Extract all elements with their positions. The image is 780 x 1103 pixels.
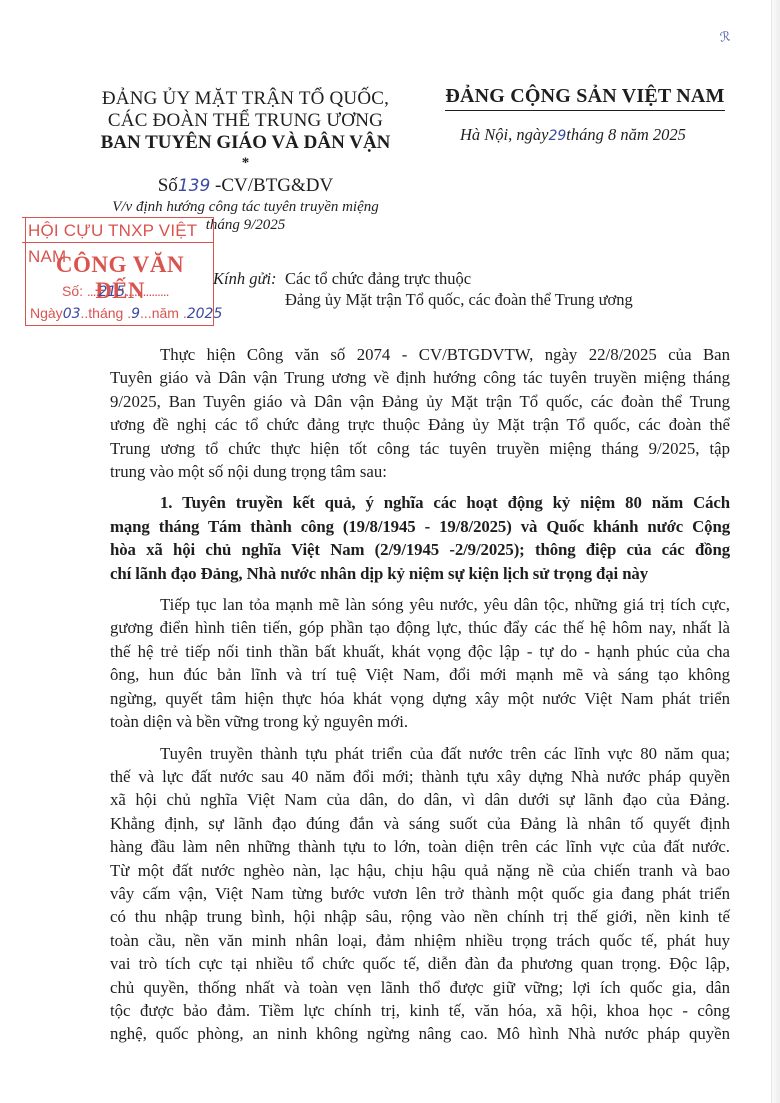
page-edge xyxy=(771,0,780,1103)
recipient-2: Đảng ủy Mặt trận Tổ quốc, các đoàn thể T… xyxy=(213,289,633,310)
margin-initials: ℛ xyxy=(719,29,731,45)
date-prefix: Hà Nội, ngày xyxy=(460,125,548,144)
date-day-handwritten: 29 xyxy=(548,128,566,144)
text-line: hàng đầu làm nên những thành tựu to lớn,… xyxy=(110,835,730,858)
party-title: ĐẢNG CỘNG SẢN VIỆT NAM xyxy=(445,85,724,111)
text-line: chí lãnh đạo Đảng, Nhà nước nhân dịp kỷ … xyxy=(110,562,730,585)
text-line: nghệ, quốc phòng, an ninh không ngừng nâ… xyxy=(110,1022,730,1045)
text-line: mạng tháng Tám thành công (19/8/1945 - 1… xyxy=(110,515,730,538)
text-line: hòa xã hội chủ nghĩa Việt Nam (2/9/1945 … xyxy=(110,538,730,561)
department-name: BAN TUYÊN GIÁO VÀ DÂN VẬN xyxy=(88,132,403,154)
stamp-date: Ngày03..tháng .9...năm .2025 xyxy=(30,305,222,322)
subject-line-1: V/v định hướng công tác tuyên truyền miệ… xyxy=(88,198,403,216)
paragraph-2: Tiếp tục lan tỏa mạnh mẽ làn sóng yêu nư… xyxy=(110,593,730,733)
stamp-no-label: Số: xyxy=(62,283,87,299)
stamp-year-label: ...năm . xyxy=(140,305,187,321)
text-line: có thu nhập trung bình, hội nhập sâu, rộ… xyxy=(110,905,730,928)
text-line: ông, hun đúc bản lĩnh và trí tuệ Việt Na… xyxy=(110,663,730,686)
text-line: toàn cầu, nền văn minh nhân loại, đảm nh… xyxy=(110,929,730,952)
date-rest: tháng 8 năm 2025 xyxy=(566,125,686,144)
text-line: vai trò tích cực tại nhiều tổ chức quốc … xyxy=(110,952,730,975)
doc-no-suffix: -CV/BTG&DV xyxy=(210,175,333,196)
org-line-1: ĐẢNG ỦY MẶT TRẬN TỔ QUỐC, xyxy=(88,88,403,110)
text-line: toàn diện và bền vững trong kỷ nguyên mớ… xyxy=(110,710,730,733)
intro-paragraph: Thực hiện Công văn số 2074 - CV/BTGDVTW,… xyxy=(110,343,730,483)
stamp-no-value: 215 xyxy=(98,284,125,300)
text-line: Khẳng định, sự lãnh đạo đúng đắn và sáng… xyxy=(110,812,730,835)
text-line: ngừng, quyết tâm hiện thực hóa khát vọng… xyxy=(110,687,730,710)
dateline: Hà Nội, ngày29tháng 8 năm 2025 xyxy=(440,125,730,145)
doc-no-handwritten: 139 xyxy=(178,176,210,196)
text-line: Tiếp tục lan tỏa mạnh mẽ làn sóng yêu nư… xyxy=(110,593,730,616)
text-line: Tuyên truyền thành tựu phát triển của đấ… xyxy=(110,742,730,765)
text-line: chủ quyền, thống nhất và toàn vẹn lãnh t… xyxy=(110,976,730,999)
document-number: Số139 -CV/BTG&DV xyxy=(88,174,403,198)
text-line: Thực hiện Công văn số 2074 - CV/BTGDVTW,… xyxy=(110,343,730,366)
text-line: 9/2025, Ban Tuyên giáo và Dân vận Đảng ủ… xyxy=(110,390,730,413)
stamp-month-label: ..tháng . xyxy=(81,305,132,321)
text-line: 1. Tuyên truyền kết quả, ý nghĩa các hoạ… xyxy=(110,491,730,514)
recipients-label: Kính gửi: xyxy=(213,268,285,289)
text-line: ương đề nghị các tổ chức đảng trực thuộc… xyxy=(110,413,730,436)
document-body: Thực hiện Công văn số 2074 - CV/BTGDVTW,… xyxy=(110,343,730,1054)
text-line: trung vào một số nội dung trọng tâm sau: xyxy=(110,460,730,483)
stamp-org: HỘI CỰU TNXP VIỆT NAM xyxy=(22,217,214,243)
recipients: Kính gửi:Các tổ chức đảng trực thuộc Đản… xyxy=(213,268,633,310)
text-line: Tuyên giáo và Dân vận Trung ương về định… xyxy=(110,366,730,389)
received-stamp: HỘI CỰU TNXP VIỆT NAM CÔNG VĂN ĐẾN Số: .… xyxy=(25,217,214,326)
text-line: vây cấm vận, Việt Nam từng bước vươn lên… xyxy=(110,882,730,905)
recipient-1: Các tổ chức đảng trực thuộc xyxy=(285,269,471,288)
org-line-2: CÁC ĐOÀN THỂ TRUNG ƯƠNG xyxy=(88,110,403,132)
section-1-heading: 1. Tuyên truyền kết quả, ý nghĩa các hoạ… xyxy=(110,491,730,585)
text-line: thế và lực đất nước sau 40 năm đổi mới; … xyxy=(110,765,730,788)
text-line: thế hệ trẻ tiếp nối tinh thần bất khuất,… xyxy=(110,640,730,663)
stamp-number: Số: ....215............... xyxy=(62,283,169,300)
text-line: Trung ương tổ chức thực hiện tốt công tá… xyxy=(110,437,730,460)
text-line: gương điển hình tiên tiến, góp phần tạo … xyxy=(110,616,730,639)
issuing-authority-header: ĐẢNG ỦY MẶT TRẬN TỔ QUỐC, CÁC ĐOÀN THỂ T… xyxy=(88,88,403,234)
doc-no-prefix: Số xyxy=(158,175,178,196)
stamp-month-value: 9 xyxy=(131,306,140,322)
text-line: xã hội chủ nghĩa Việt Nam của dân, do dâ… xyxy=(110,788,730,811)
stamp-date-day: 03 xyxy=(63,306,81,322)
separator-star: * xyxy=(88,156,403,170)
text-line: tộc được bảo đảm. Tiềm lực chính trị, ki… xyxy=(110,999,730,1022)
national-header: ĐẢNG CỘNG SẢN VIỆT NAM Hà Nội, ngày29thá… xyxy=(440,85,730,145)
stamp-date-label: Ngày xyxy=(30,305,63,321)
paragraph-3: Tuyên truyền thành tựu phát triển của đấ… xyxy=(110,742,730,1046)
text-line: Từ một đất nước nghèo nàn, lạc hậu, chịu… xyxy=(110,859,730,882)
